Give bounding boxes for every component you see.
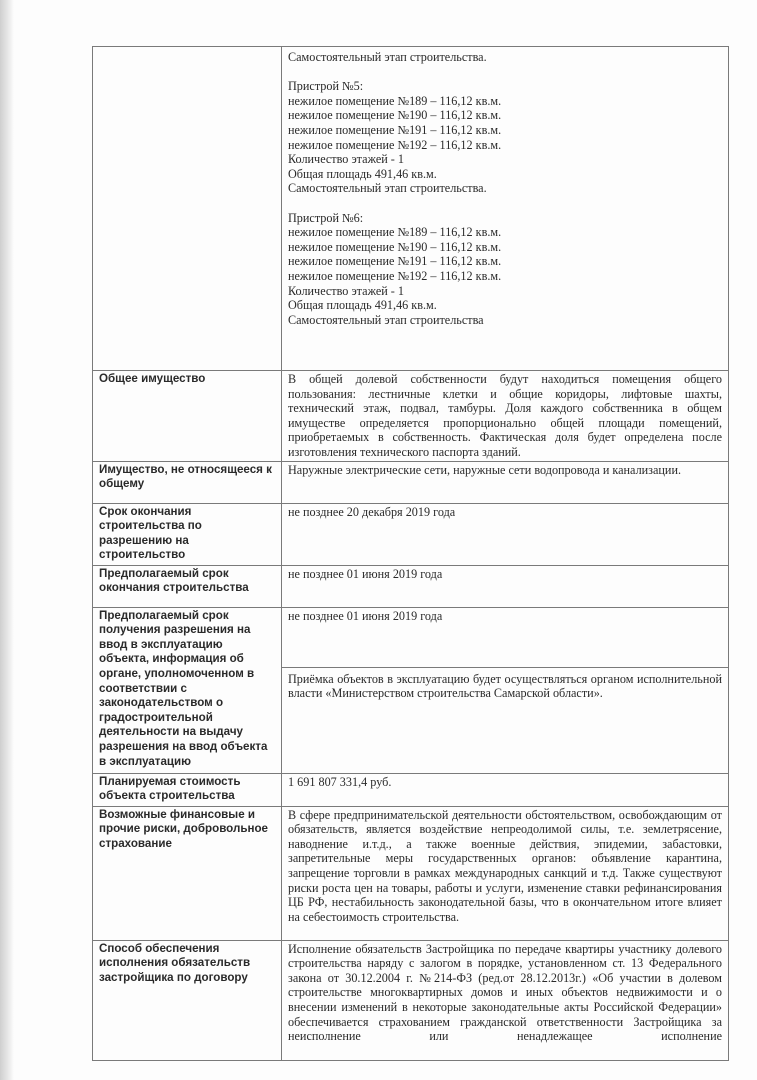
- row-label-obligation-security: Способ обеспечения исполнения обязательс…: [93, 940, 282, 1060]
- annex-5-block: Пристрой №5: нежилое помещение №189 – 11…: [288, 79, 722, 196]
- table-row: Способ обеспечения исполнения обязательс…: [93, 940, 729, 1060]
- annexes-cell: Самостоятельный этап строительства. Прис…: [282, 47, 729, 371]
- stage-note: Самостоятельный этап строительства.: [288, 50, 722, 65]
- project-declaration-table: Самостоятельный этап строительства. Прис…: [92, 46, 729, 1061]
- premise-line: нежилое помещение №192 – 116,12 кв.м.: [288, 138, 722, 153]
- table-row: Общее имущество В общей долевой собствен…: [93, 371, 729, 462]
- table-row: Возможные финансовые и прочие риски, доб…: [93, 806, 729, 940]
- row-label-estimated-completion: Предполагаемый срок окончания строительс…: [93, 565, 282, 607]
- risks-insurance-value: В сфере предпринимательской деятельности…: [282, 806, 729, 940]
- table-row: Предполагаемый срок получения разрешения…: [93, 607, 729, 667]
- commissioning-date-value: не позднее 01 июня 2019 года: [282, 607, 729, 667]
- stage-line: Самостоятельный этап строительства.: [288, 181, 722, 196]
- floors-line: Количество этажей - 1: [288, 152, 722, 167]
- row-label-risks-insurance: Возможные финансовые и прочие риски, доб…: [93, 806, 282, 940]
- row-label-common-property: Общее имущество: [93, 371, 282, 462]
- premise-line: нежилое помещение №191 – 116,12 кв.м.: [288, 254, 722, 269]
- row-label-commissioning-permit: Предполагаемый срок получения разрешения…: [93, 607, 282, 773]
- annex-title: Пристрой №5:: [288, 79, 722, 94]
- scan-edge-shadow: [0, 0, 14, 1080]
- table-row: Имущество, не относящееся к общему Наруж…: [93, 461, 729, 503]
- premise-line: нежилое помещение №189 – 116,12 кв.м.: [288, 94, 722, 109]
- row-label-non-common-property: Имущество, не относящееся к общему: [93, 461, 282, 503]
- total-area-line: Общая площадь 491,46 кв.м.: [288, 298, 722, 313]
- table-row: Самостоятельный этап строительства. Прис…: [93, 47, 729, 371]
- non-common-property-value: Наружные электрические сети, наружные се…: [282, 461, 729, 503]
- premise-line: нежилое помещение №191 – 116,12 кв.м.: [288, 123, 722, 138]
- premise-line: нежилое помещение №190 – 116,12 кв.м.: [288, 240, 722, 255]
- permit-completion-deadline-value: не позднее 20 декабря 2019 года: [282, 503, 729, 565]
- stage-line: Самостоятельный этап строительства: [288, 313, 722, 328]
- premise-line: нежилое помещение №190 – 116,12 кв.м.: [288, 108, 722, 123]
- estimated-completion-value: не позднее 01 июня 2019 года: [282, 565, 729, 607]
- table-row: Предполагаемый срок окончания строительс…: [93, 565, 729, 607]
- planned-cost-value: 1 691 807 331,4 руб.: [282, 773, 729, 806]
- obligation-security-value: Исполнение обязательств Застройщика по п…: [282, 940, 729, 1060]
- row-label-permit-completion-deadline: Срок окончания строительства по разрешен…: [93, 503, 282, 565]
- document-page: Самостоятельный этап строительства. Прис…: [92, 46, 729, 1061]
- premise-line: нежилое помещение №189 – 116,12 кв.м.: [288, 225, 722, 240]
- commissioning-authority-value: Приёмка объектов в эксплуатацию будет ос…: [282, 667, 729, 773]
- annex-6-block: Пристрой №6: нежилое помещение №189 – 11…: [288, 211, 722, 328]
- row-label-empty: [93, 47, 282, 371]
- floors-line: Количество этажей - 1: [288, 284, 722, 299]
- total-area-line: Общая площадь 491,46 кв.м.: [288, 167, 722, 182]
- table-row: Планируемая стоимость объекта строительс…: [93, 773, 729, 806]
- row-label-planned-cost: Планируемая стоимость объекта строительс…: [93, 773, 282, 806]
- text-line: Самостоятельный этап строительства.: [288, 50, 722, 65]
- table-row: Срок окончания строительства по разрешен…: [93, 503, 729, 565]
- common-property-value: В общей долевой собственности будут нахо…: [282, 371, 729, 462]
- annex-title: Пристрой №6:: [288, 211, 722, 226]
- premise-line: нежилое помещение №192 – 116,12 кв.м.: [288, 269, 722, 284]
